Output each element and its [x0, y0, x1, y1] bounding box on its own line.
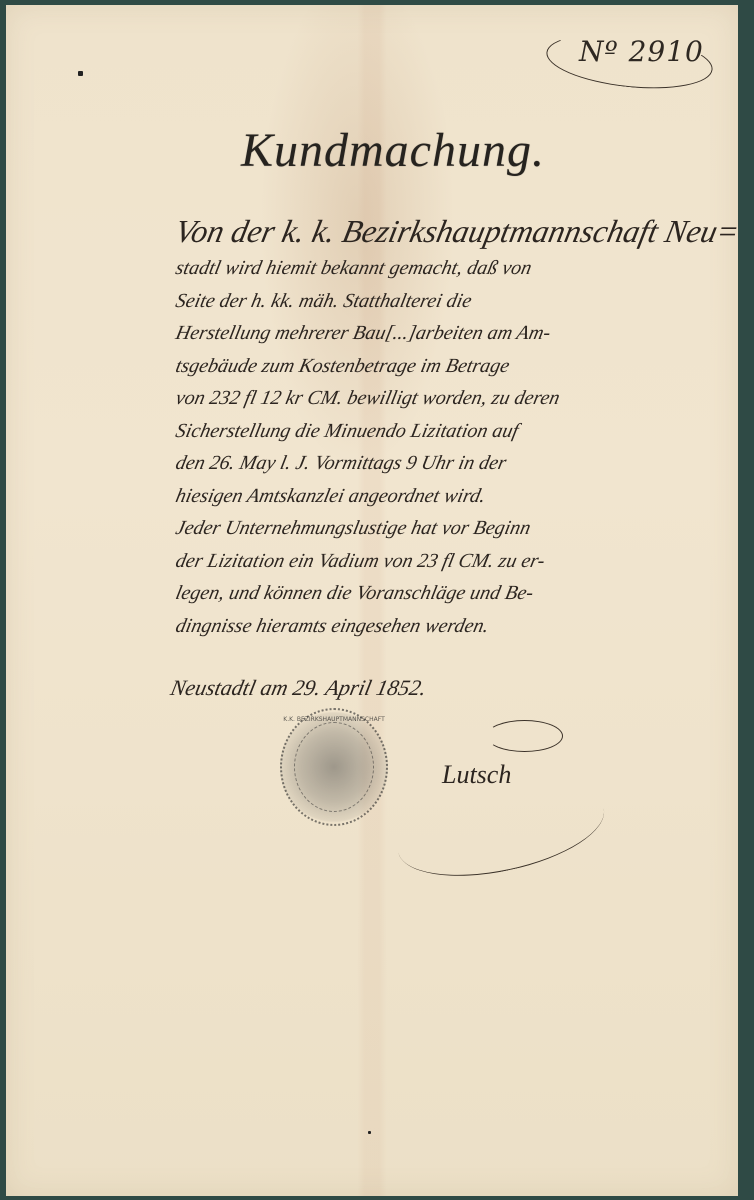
reference-number: Nº 2910 — [579, 35, 704, 68]
signature: Lutsch — [442, 760, 511, 790]
body-line: legen, und können die Voranschläge und B… — [173, 577, 740, 610]
body-line: Jeder Unternehmungslustige hat vor Begin… — [173, 512, 740, 545]
body-line: den 26. May l. J. Vormittags 9 Uhr in de… — [173, 447, 740, 480]
paper-speck — [78, 71, 83, 76]
document-page: Nº 2910 Kundmachung. Von der k. k. Bezir… — [6, 5, 738, 1196]
body-line: Seite der h. kk. mäh. Statthalterei die — [173, 285, 740, 318]
body-line: dingnisse hieramts eingesehen werden. — [173, 610, 740, 643]
body-line: hiesigen Amtskanzlei angeordnet wird. — [173, 480, 740, 513]
document-title: Kundmachung. — [241, 123, 545, 178]
body-line: Von der k. k. Bezirkshauptmannschaft Neu… — [172, 210, 741, 252]
seal-eagle-emblem — [294, 722, 374, 812]
official-seal-stamp: K.K. BEZIRKSHAUPTMANNSCHAFT — [280, 708, 388, 826]
body-line: der Lizitation ein Vadium von 23 fl CM. … — [173, 545, 740, 578]
body-line: Sicherstellung die Minuendo Lizitation a… — [173, 415, 740, 448]
seal-label: K.K. BEZIRKSHAUPTMANNSCHAFT — [282, 716, 386, 723]
body-line: tsgebäude zum Kostenbetrage im Betrage — [173, 350, 740, 383]
paper-speck — [368, 1131, 371, 1134]
place-and-date: Neustadtl am 29. April 1852. — [168, 675, 429, 701]
body-line: Herstellung mehrerer Bau[...]arbeiten am… — [173, 317, 740, 350]
document-body: Von der k. k. Bezirkshauptmannschaft Neu… — [176, 210, 736, 642]
body-line: von 232 fl 12 kr CM. bewilligt worden, z… — [173, 382, 740, 415]
body-line: stadtl wird hiemit bekannt gemacht, daß … — [173, 252, 740, 285]
signature-loop — [486, 720, 563, 752]
